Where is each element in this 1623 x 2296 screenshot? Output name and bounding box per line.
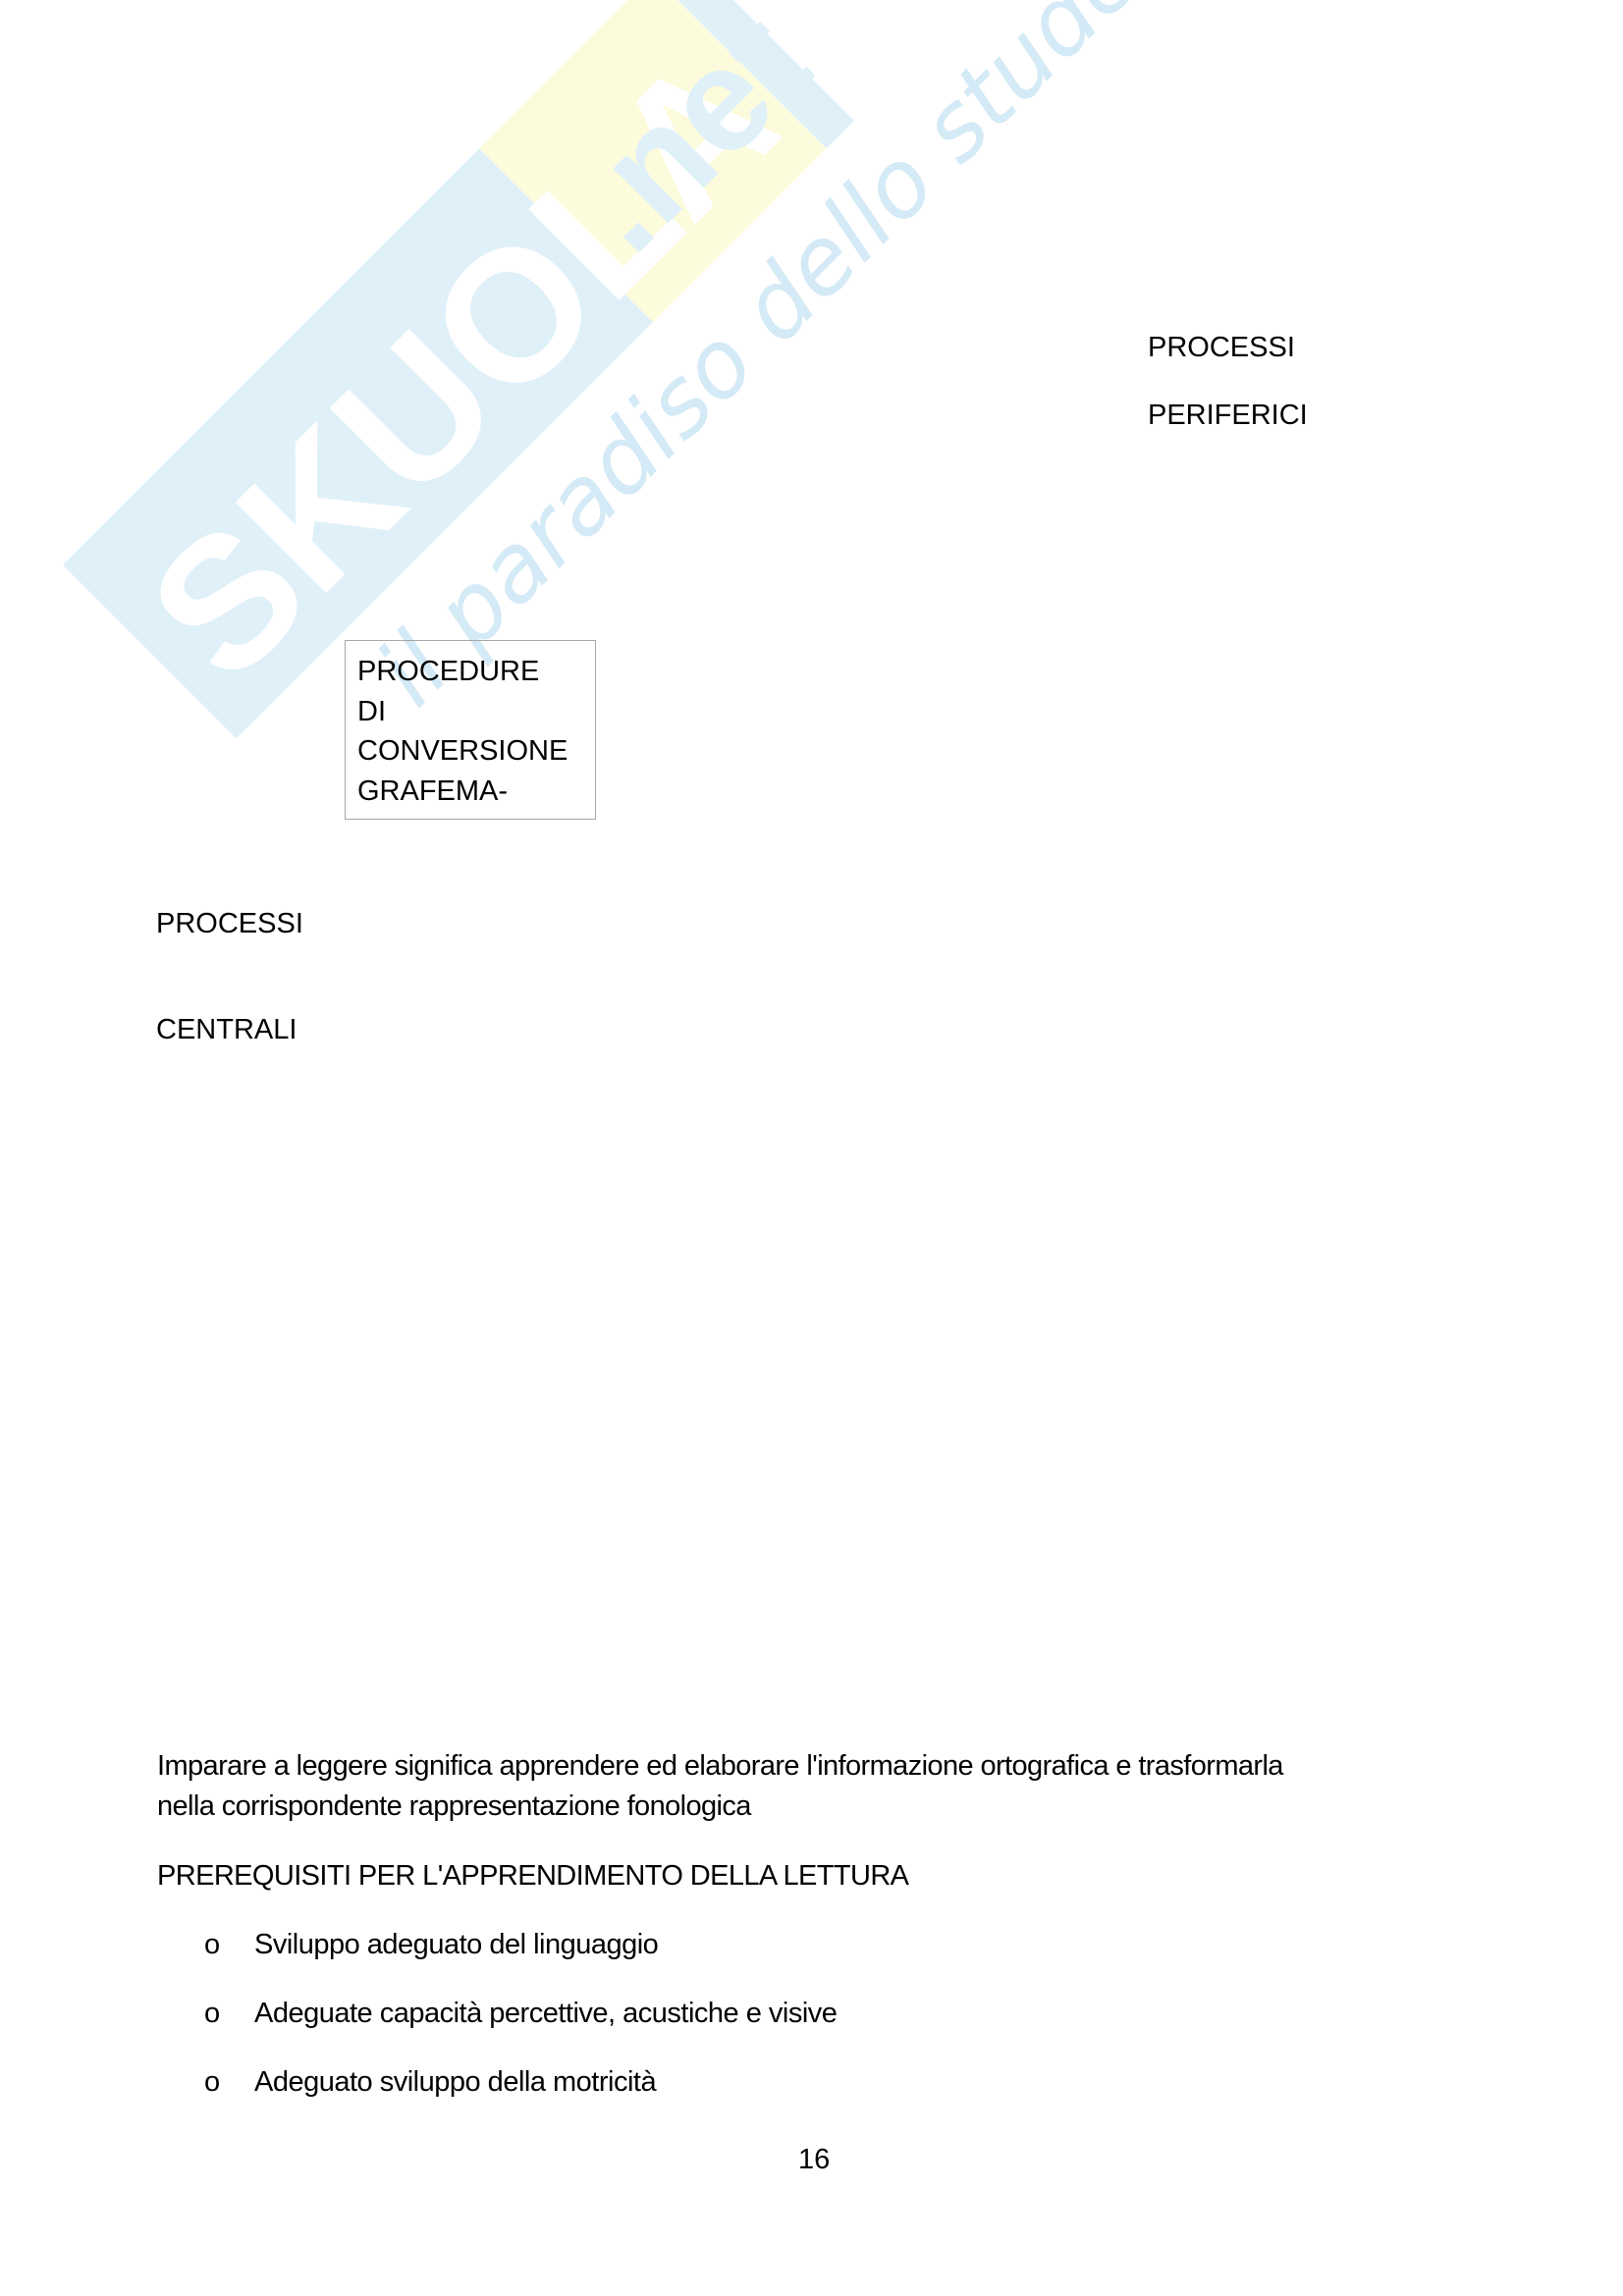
bullet-marker: o [204,2000,220,2028]
skuola-watermark: SKUOLA .net il paradiso dello studente [0,0,1623,2296]
central-label-line-2: CENTRALI [156,1016,297,1044]
section-heading: PREREQUISITI PER L'APPRENDIMENTO DELLA L… [157,1862,908,1891]
bullet-marker: o [204,1931,220,1959]
page-number: 16 [798,2146,830,2174]
list-item: Adeguato sviluppo della motricità [254,2068,656,2097]
central-label-line-1: PROCESSI [156,910,303,938]
watermark-tagline: il paradiso dello studente [356,0,1270,726]
procedure-box-line-4: GRAFEMA- [357,777,508,806]
procedure-box-line-1: PROCEDURE [357,658,539,686]
peripheral-label-line-1: PROCESSI [1148,334,1295,362]
procedure-box-line-2: DI [357,698,386,726]
procedure-box-line-3: CONVERSIONE [357,737,568,766]
watermark-tld: .net [538,0,839,282]
intro-paragraph: Imparare a leggere significa apprendere … [157,1746,1473,1827]
bullet-marker: o [204,2068,220,2097]
intro-paragraph-line-2: nella corrispondente rappresentazione fo… [157,1787,1473,1827]
list-item: Sviluppo adeguato del linguaggio [254,1931,658,1959]
list-item: Adeguate capacità percettive, acustiche … [254,2000,837,2028]
intro-paragraph-line-1: Imparare a leggere significa apprendere … [157,1746,1473,1787]
watermark-brand: SKUOLA [111,15,815,719]
peripheral-label-line-2: PERIFERICI [1148,401,1308,430]
procedure-box: PROCEDURE DI CONVERSIONE GRAFEMA- [345,640,596,820]
